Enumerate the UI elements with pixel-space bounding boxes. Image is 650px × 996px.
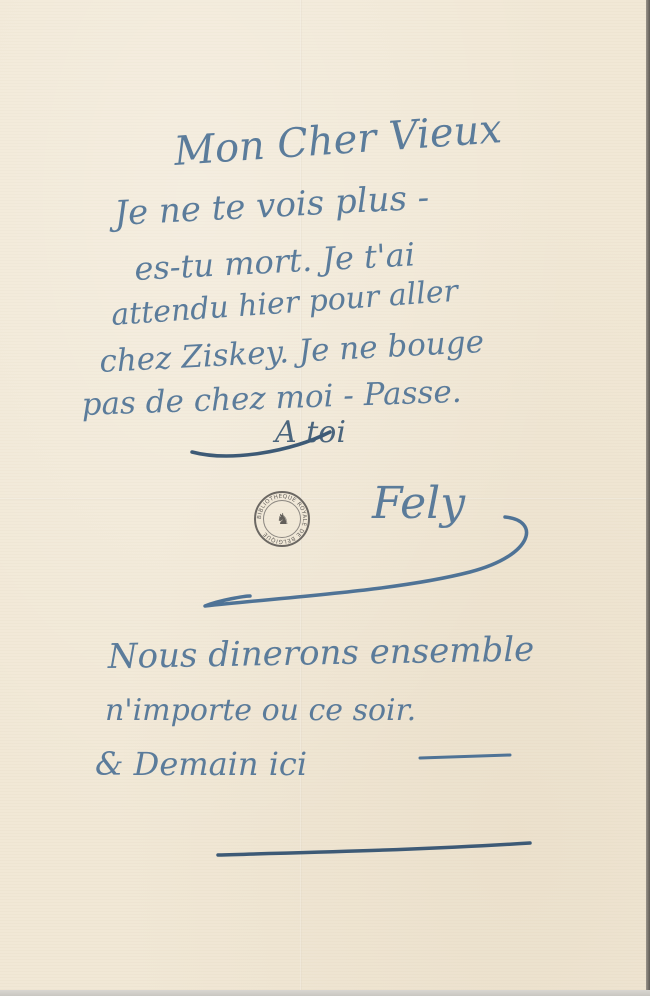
handwriting-layer: Mon Cher Vieux Je ne te vois plus - es-t… (0, 0, 650, 996)
body-line-1: Je ne te vois plus - (107, 178, 430, 235)
scan-edge-bottom (0, 990, 650, 996)
closing-rule-line (218, 843, 530, 855)
letter-page: Mon Cher Vieux Je ne te vois plus - es-t… (0, 0, 646, 990)
body-line-4: chez Ziskey. Je ne bouge (99, 324, 485, 380)
postscript-line-3: & Demain ici (95, 745, 307, 783)
postscript-line-1: Nous dinerons ensemble (106, 630, 534, 677)
body-line-5: pas de chez moi - Passe. (81, 374, 462, 423)
library-stamp: BIBLIOTHEQUE ROYALE DE BELGIQUE ♞ (254, 491, 310, 547)
postscript-line-2: n'importe ou ce soir. (105, 693, 416, 728)
salutation: Mon Cher Vieux (171, 106, 503, 175)
scan-edge-right (646, 0, 650, 996)
postscript-dash (420, 755, 510, 758)
signature: Fely (371, 478, 466, 529)
lion-emblem-icon: ♞ (264, 510, 302, 528)
closing: A toi (272, 415, 346, 450)
stamp-inner-ring: ♞ (263, 500, 301, 538)
